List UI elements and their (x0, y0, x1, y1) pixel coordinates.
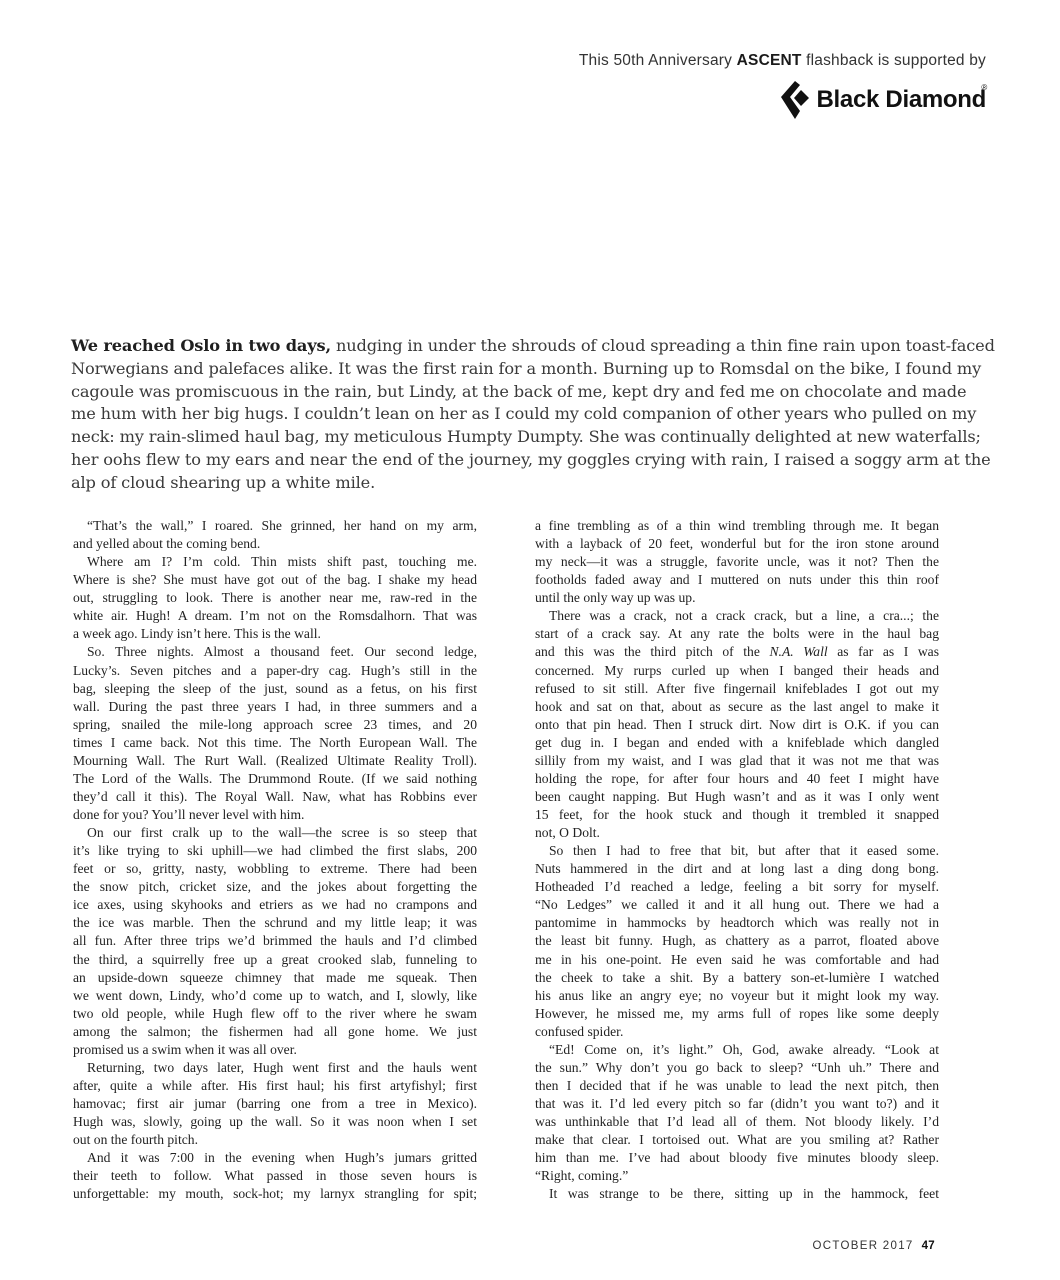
body-line: feet or so, gritty, nasty, wobbling to e… (73, 860, 477, 878)
body-line: the sun.” Why don’t you go back to sleep… (535, 1059, 939, 1077)
lede-line: alp of cloud shearing up a white mile. (71, 472, 951, 495)
body-line: “That’s the wall,” I roared. She grinned… (73, 517, 477, 535)
body-line: However, he missed me, my arms full of r… (535, 1005, 939, 1023)
body-line: the cheek to take a shit. By a battery s… (535, 969, 939, 987)
lede-line: me hum with her big hugs. I couldn’t lea… (71, 403, 951, 426)
body-line: it’s like trying to ski uphill—we had cl… (73, 842, 477, 860)
body-line: promised us a swim when it was all over. (73, 1041, 477, 1059)
body-line: pantomime in hammocks by headtorch which… (535, 914, 939, 932)
body-line: Nuts hammered in the dirt and at long la… (535, 860, 939, 878)
body-line: not, O Dolt. (535, 824, 939, 842)
body-line: Where am I? I’m cold. Thin mists shift p… (73, 553, 477, 571)
body-line: The Lord of the Walls. The Drummond Rout… (73, 770, 477, 788)
body-line: times I came back. Not this time. The No… (73, 734, 477, 752)
body-line: with a layback of 20 feet, wonderful but… (535, 535, 939, 553)
route-name: N.A. Wall (769, 644, 827, 659)
body-line: until the only way up was up. (535, 589, 939, 607)
black-diamond-logo: Black Diamond® (781, 80, 986, 120)
body-line: the third, a squirrelly free up a great … (73, 951, 477, 969)
body-line: they’d call it this). The Royal Wall. Na… (73, 788, 477, 806)
body-line: On our first cralk up to the wall—the sc… (73, 824, 477, 842)
lede-line: her oohs flew to my ears and near the en… (71, 449, 951, 472)
body-line: ice axes, using skyhooks and etriers as … (73, 896, 477, 914)
page-footer: OCTOBER 201747 (813, 1240, 935, 1252)
body-line: my neck—it was a struggle, favorite uncl… (535, 553, 939, 571)
body-line: Hugh was, slowly, going up the wall. So … (73, 1113, 477, 1131)
body-line: a week ago. Lindy isn’t here. This is th… (73, 625, 477, 643)
sponsor-credit: This 50th Anniversary ASCENT flashback i… (579, 52, 986, 70)
lede-line: neck: my rain-slimed haul bag, my meticu… (71, 426, 951, 449)
body-line: So then I had to free that bit, but afte… (535, 842, 939, 860)
body-line: the ice was marble. Then the schrund and… (73, 914, 477, 932)
body-line: concerned. My rurps curled up when I ban… (535, 662, 939, 680)
body-line-text: and this was the third pitch of the (535, 644, 769, 659)
body-line: get dug in. I began and ended with a kni… (535, 734, 939, 752)
body-line: hamovac; first air jumar (barring one fr… (73, 1095, 477, 1113)
ascent-brand: ASCENT (737, 52, 802, 69)
body-line: out on the fourth pitch. (73, 1131, 477, 1149)
body-line: Where is she? She must have got out of t… (73, 571, 477, 589)
body-line: white air. Hugh! A dream. I’m not on the… (73, 607, 477, 625)
body-line: start of a crack say. At any rate the bo… (535, 625, 939, 643)
issue-date: OCTOBER 2017 (813, 1240, 914, 1252)
page-number: 47 (922, 1240, 935, 1252)
body-line: their teeth to follow. What passed in th… (73, 1167, 477, 1185)
body-line: footholds faded away and I muttered on n… (535, 571, 939, 589)
body-line: an upside-down squeeze chimney that made… (73, 969, 477, 987)
logo-wordmark: Black Diamond® (817, 86, 986, 114)
body-line: a fine trembling as of a thin wind tremb… (535, 517, 939, 535)
body-line: done for you? You’ll never level with hi… (73, 806, 477, 824)
body-line: 15 feet, for the hook stuck and though i… (535, 806, 939, 824)
body-line: Hotheaded I’d reached a ledge, feeling a… (535, 878, 939, 896)
body-line: “No Ledges” we called it and it all hung… (535, 896, 939, 914)
body-line-text: as far as I was (828, 644, 939, 659)
body-column-left: “That’s the wall,” I roared. She grinned… (73, 517, 477, 1203)
black-diamond-logo-icon (781, 81, 811, 119)
body-line: refused to sit still. After five fingern… (535, 680, 939, 698)
body-line: and this was the third pitch of the N.A.… (535, 643, 939, 661)
body-line: out, struggling to look. There is anothe… (73, 589, 477, 607)
sponsor-suffix: flashback is supported by (806, 52, 986, 69)
body-line: all fun. After three trips we’d brimmed … (73, 932, 477, 950)
body-line: been caught napping. But Hugh wasn’t and… (535, 788, 939, 806)
body-line: hook and sat on that, about as secure as… (535, 698, 939, 716)
body-line: we went down, Lindy, who’d come up to wa… (73, 987, 477, 1005)
body-line: among the salmon; the fishermen had all … (73, 1023, 477, 1041)
lede-line: We reached Oslo in two days, nudging in … (71, 335, 951, 358)
body-line: him than me. I’ve had about bloody five … (535, 1149, 939, 1167)
body-line: “Right, coming.” (535, 1167, 939, 1185)
body-line: the snow pitch, cricket size, and the jo… (73, 878, 477, 896)
body-line: Lucky’s. Seven pitches and a paper-dry c… (73, 662, 477, 680)
body-line: was unthinkable that I’d lead all of the… (535, 1113, 939, 1131)
body-line: that was it. I’d led every pitch so far … (535, 1095, 939, 1113)
body-line: bag, sleeping the sleep of the just, sou… (73, 680, 477, 698)
body-line: spring, snailed the mile-long approach s… (73, 716, 477, 734)
body-line: sillily from my waist, and I was glad th… (535, 752, 939, 770)
lede-paragraph: We reached Oslo in two days, nudging in … (71, 335, 951, 495)
body-line: after, quite a while after. His first ha… (73, 1077, 477, 1095)
body-line: There was a crack, not a crack crack, bu… (535, 607, 939, 625)
lede-line: cagoule was promiscuous in the rain, but… (71, 381, 951, 404)
body-line: It was strange to be there, sitting up i… (535, 1185, 939, 1203)
body-line: make that clear. I tortoised out. What a… (535, 1131, 939, 1149)
body-line: holding the rope, for after four hours a… (535, 770, 939, 788)
lede-line: Norwegians and palefaces alike. It was t… (71, 358, 951, 381)
body-line: me in his one-point. He even said he was… (535, 951, 939, 969)
body-line: then I decided that if he was unable to … (535, 1077, 939, 1095)
body-line: the least bit funny. Hugh, as chattery a… (535, 932, 939, 950)
body-line: his anus like an angry eye; no voyeur bu… (535, 987, 939, 1005)
sponsor-prefix: This 50th Anniversary (579, 52, 732, 69)
lede-line-text: nudging in under the shrouds of cloud sp… (331, 336, 995, 355)
body-line: And it was 7:00 in the evening when Hugh… (73, 1149, 477, 1167)
registered-mark: ® (981, 83, 987, 92)
body-line: Mourning Wall. The Rurt Wall. (Realized … (73, 752, 477, 770)
body-line: Returning, two days later, Hugh went fir… (73, 1059, 477, 1077)
body-line: onto that pin head. Then I struck dirt. … (535, 716, 939, 734)
lead-in: We reached Oslo in two days, (71, 336, 331, 355)
body-line: and yelled about the coming bend. (73, 535, 477, 553)
body-line: two old people, while Hugh flew off to t… (73, 1005, 477, 1023)
body-column-right: a fine trembling as of a thin wind tremb… (535, 517, 939, 1203)
logo-wordmark-text: Black Diamond (817, 86, 986, 113)
body-line: unforgettable: my mouth, sock-hot; my la… (73, 1185, 477, 1203)
body-line: confused spider. (535, 1023, 939, 1041)
body-line: wall. During the past three years I had,… (73, 698, 477, 716)
body-line: “Ed! Come on, it’s light.” Oh, God, awak… (535, 1041, 939, 1059)
body-line: So. Three nights. Almost a thousand feet… (73, 643, 477, 661)
